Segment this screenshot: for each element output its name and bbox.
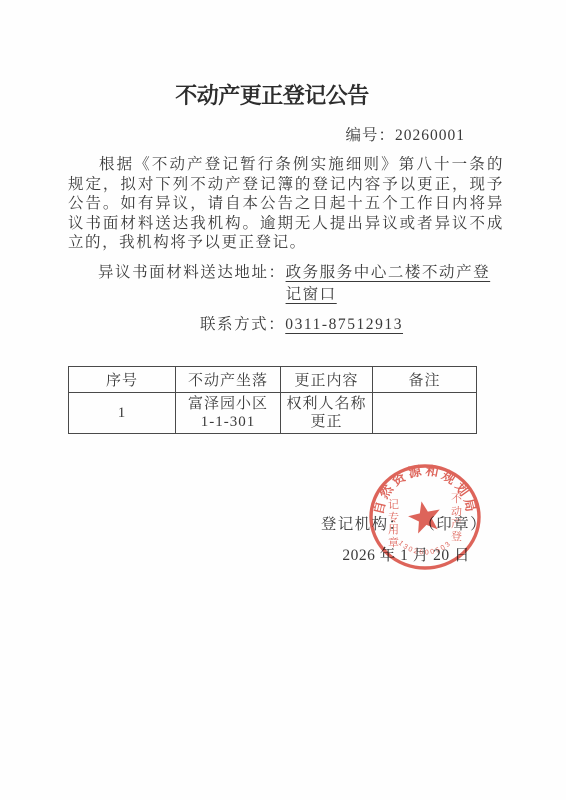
location-line2: 1-1-301 [178, 413, 278, 431]
content-line2: 更正 [283, 413, 370, 431]
announcement-document: 不动产更正登记公告 编号：20260001 根据《不动产登记暂行条例实施细则》第… [0, 0, 566, 800]
registry-org-label: 登记机构： [321, 516, 406, 533]
cell-remark [373, 393, 477, 434]
header-remark: 备注 [373, 367, 477, 393]
cell-seq: 1 [69, 393, 176, 434]
announcement-body: 根据《不动产登记暂行条例实施细则》第八十一条的规定，拟对下列不动产登记簿的登记内… [68, 155, 504, 253]
contact-value: 0311-87512913 [285, 316, 403, 333]
seal-arc-text: 自然资源和规划局 [371, 463, 480, 516]
header-location: 不动产坐落 [176, 367, 281, 393]
address-label: 异议书面材料送达地址： [98, 262, 286, 284]
contact-label: 联系方式： [200, 316, 285, 333]
document-number: 编号：20260001 [345, 123, 465, 145]
cell-content: 权利人名称 更正 [281, 393, 373, 434]
header-content: 更正内容 [281, 367, 373, 393]
address-line: 异议书面材料送达地址： 政务服务中心二楼不动产登记窗口 [98, 262, 496, 306]
location-line1: 富泽园小区 [178, 395, 278, 413]
table-row: 1 富泽园小区 1-1-301 权利人名称 更正 [69, 393, 477, 434]
table-header-row: 序号 不动产坐落 更正内容 备注 [69, 367, 477, 393]
page-title: 不动产更正登记公告 [0, 79, 566, 110]
contact-line: 联系方式：0311-87512913 [200, 312, 403, 334]
cell-location: 富泽园小区 1-1-301 [176, 393, 281, 434]
header-seq: 序号 [69, 367, 176, 393]
correction-table: 序号 不动产坐落 更正内容 备注 1 富泽园小区 1-1-301 权利人名称 更… [68, 366, 477, 434]
content-line1: 权利人名称 [283, 395, 370, 413]
address-value: 政务服务中心二楼不动产登记窗口 [286, 262, 496, 306]
announcement-date: 2026 年 1 月 20 日 [342, 543, 470, 565]
registry-org-value: （印章） [419, 516, 487, 533]
registry-org-line: 登记机构：（印章） [321, 512, 487, 534]
